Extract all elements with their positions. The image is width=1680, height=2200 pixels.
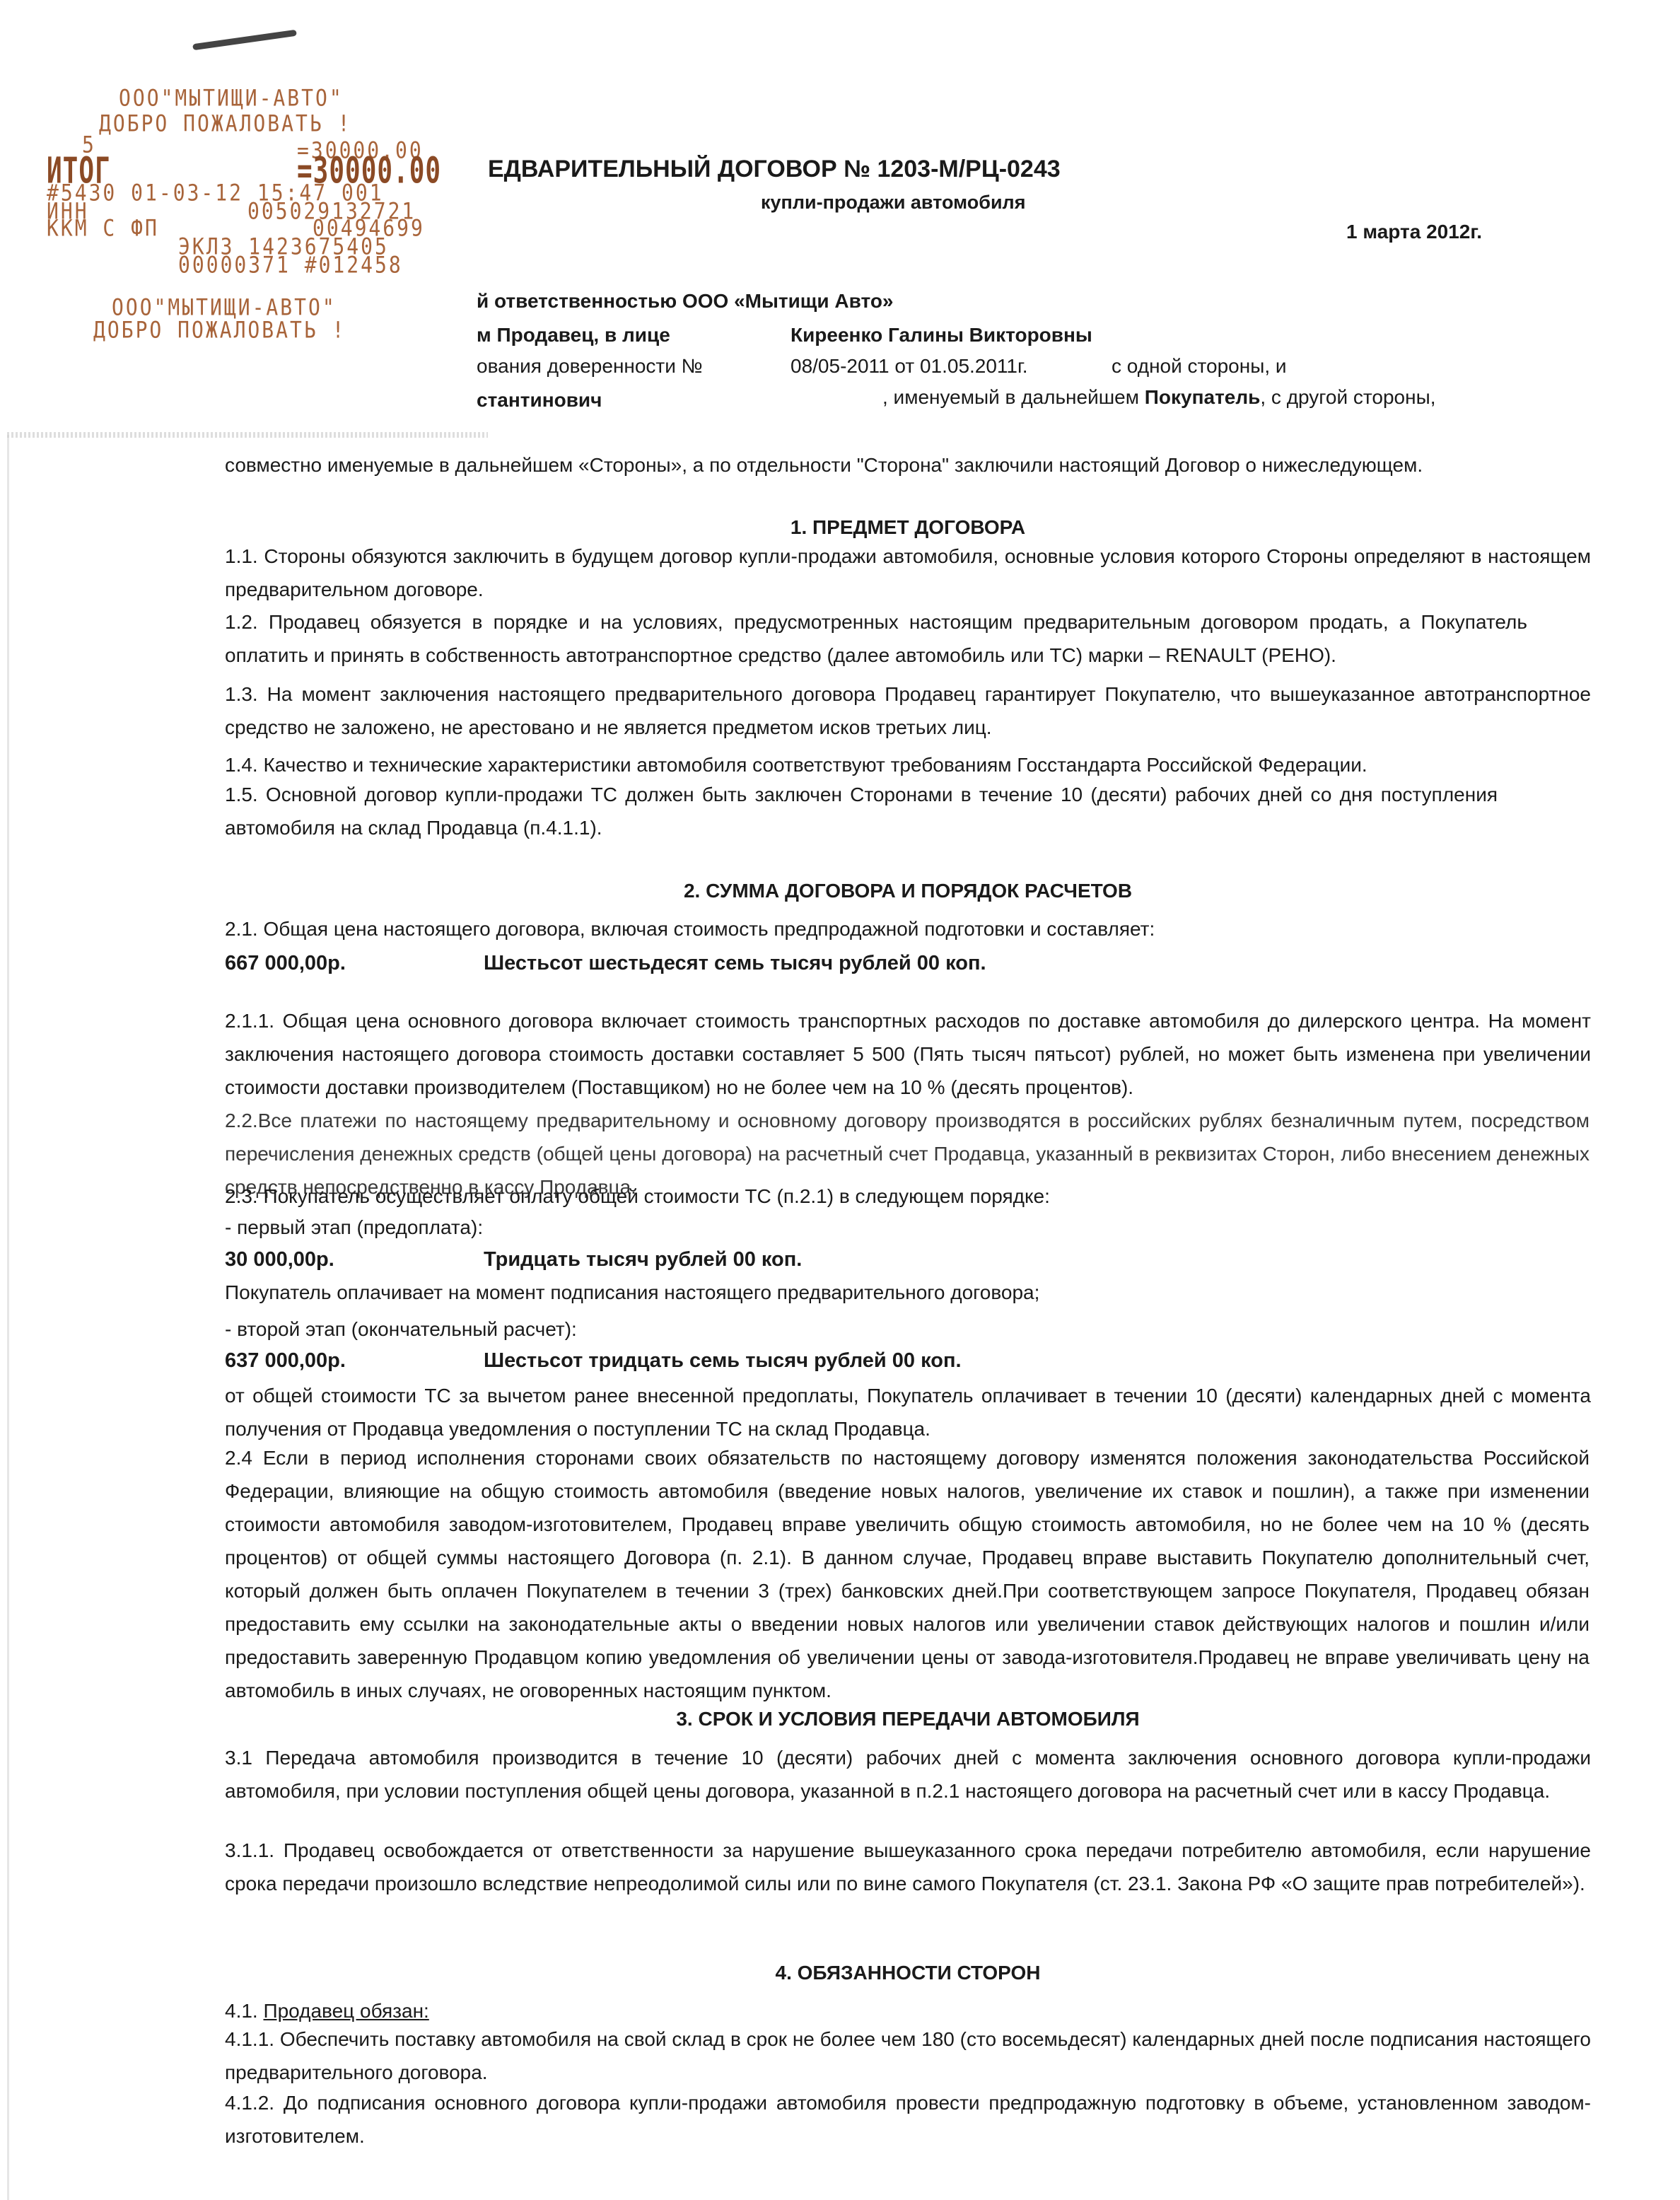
buyer-role-prefix: , именуемый в дальнейшем xyxy=(882,386,1145,408)
stage-1-note: Покупатель оплачивает на момент подписан… xyxy=(225,1280,1039,1305)
contract-subtitle: купли-продажи автомобиля xyxy=(761,191,1025,215)
clause-1-1: 1.1. Стороны обязуются заключить в будущ… xyxy=(225,540,1591,606)
stage-1-amount-row: 30 000,00р.Тридцать тысяч рублей 00 коп. xyxy=(225,1247,802,1272)
clause-1-5: 1.5. Основной договор купли-продажи ТС д… xyxy=(225,778,1498,844)
receipt-doc-number: 00000371 #012458 xyxy=(178,252,403,279)
section-4-heading: 4. ОБЯЗАННОСТИ СТОРОН xyxy=(225,1960,1591,1985)
stage-2-amount: 637 000,00р. xyxy=(225,1348,484,1373)
seller-company-line: й ответственностью ООО «Мытищи Авто» xyxy=(477,289,894,313)
poa-number: 08/05-2011 от 01.05.2011г. xyxy=(791,354,1028,378)
seller-company: й ответственностью ООО «Мытищи Авто» xyxy=(477,290,894,312)
clause-2-1-1: 2.1.1. Общая цена основного договора вкл… xyxy=(225,1004,1591,1104)
receipt-welcome-footer: ДОБРО ПОЖАЛОВАТЬ ! xyxy=(93,317,346,344)
receipt-company: ООО"МЫТИЩИ-АВТО" xyxy=(119,85,344,112)
pencil-mark xyxy=(192,30,297,51)
one-side-text: с одной стороны, и xyxy=(1112,354,1287,378)
clause-2-3: 2.3. Покупатель осуществляет оплату обще… xyxy=(225,1180,1591,1213)
clause-4-1-label: Продавец обязан: xyxy=(263,2000,428,2022)
clause-3-1-1: 3.1.1. Продавец освобождается от ответст… xyxy=(225,1834,1591,1900)
clause-4-1-1: 4.1.1. Обеспечить поставку автомобиля на… xyxy=(225,2023,1591,2089)
buyer-role-suffix: , с другой стороны, xyxy=(1260,386,1435,408)
clause-3-1: 3.1 Передача автомобиля производится в т… xyxy=(225,1741,1591,1808)
seller-representative: Киреенко Галины Викторовны xyxy=(791,322,1092,347)
clause-1-3: 1.3. На момент заключения настоящего пре… xyxy=(225,677,1591,744)
stage-2-label: - второй этап (окончательный расчет): xyxy=(225,1317,577,1341)
stage-1-label: - первый этап (предоплата): xyxy=(225,1215,483,1240)
clause-2-1: 2.1. Общая цена настоящего договора, вкл… xyxy=(225,912,1591,945)
jointly-clause: совместно именуемые в дальнейшем «Сторон… xyxy=(225,453,1423,477)
total-amount-row: 667 000,00р.Шестьсот шестьдесят семь тыс… xyxy=(225,950,986,976)
total-amount-words: Шестьсот шестьдесят семь тысяч рублей 00… xyxy=(484,952,986,974)
section-3-heading: 3. СРОК И УСЛОВИЯ ПЕРЕДАЧИ АВТОМОБИЛЯ xyxy=(225,1706,1591,1731)
buyer-name-fragment: стантинович xyxy=(477,388,602,412)
total-amount: 667 000,00р. xyxy=(225,950,484,976)
clause-2-4: 2.4 Если в период исполнения сторонами с… xyxy=(225,1441,1589,1707)
stage-1-words: Тридцать тысяч рублей 00 коп. xyxy=(484,1248,802,1271)
contract-title: ЕДВАРИТЕЛЬНЫЙ ДОГОВОР № 1203-М/РЦ-0243 xyxy=(488,154,1061,185)
receipt-torn-edge xyxy=(7,432,488,438)
stage-1-amount: 30 000,00р. xyxy=(225,1247,484,1272)
clause-4-1: 4.1. Продавец обязан: xyxy=(225,1998,429,2023)
seller-label: м Продавец, в лице xyxy=(477,322,670,347)
stage-2-words: Шестьсот тридцать семь тысяч рублей 00 к… xyxy=(484,1349,962,1372)
section-1-heading: 1. ПРЕДМЕТ ДОГОВОРА xyxy=(225,515,1591,540)
cash-receipt: ООО"МЫТИЩИ-АВТО" ДОБРО ПОЖАЛОВАТЬ ! 5 =3… xyxy=(0,0,488,435)
stage-2-amount-row: 637 000,00р.Шестьсот тридцать семь тысяч… xyxy=(225,1348,962,1373)
stage-2-note: от общей стоимости ТС за вычетом ранее в… xyxy=(225,1379,1591,1445)
clause-4-1-number: 4.1. xyxy=(225,2000,263,2022)
clause-4-1-2: 4.1.2. До подписания основного договора … xyxy=(225,2086,1591,2153)
buyer-role: Покупатель xyxy=(1145,386,1261,408)
receipt-welcome: ДОБРО ПОЖАЛОВАТЬ ! xyxy=(99,110,351,137)
receipt-kkm-label: ККМ С ФП xyxy=(47,215,159,242)
contract-date: 1 марта 2012г. xyxy=(1346,219,1482,244)
section-2-heading: 2. СУММА ДОГОВОРА И ПОРЯДОК РАСЧЕТОВ xyxy=(225,878,1591,903)
clause-1-4: 1.4. Качество и технические характеристи… xyxy=(225,748,1591,781)
clause-1-2: 1.2. Продавец обязуется в порядке и на у… xyxy=(225,605,1527,672)
poa-label: ования доверенности № xyxy=(477,354,703,378)
buyer-role-line: , именуемый в дальнейшем Покупатель, с д… xyxy=(882,385,1436,409)
